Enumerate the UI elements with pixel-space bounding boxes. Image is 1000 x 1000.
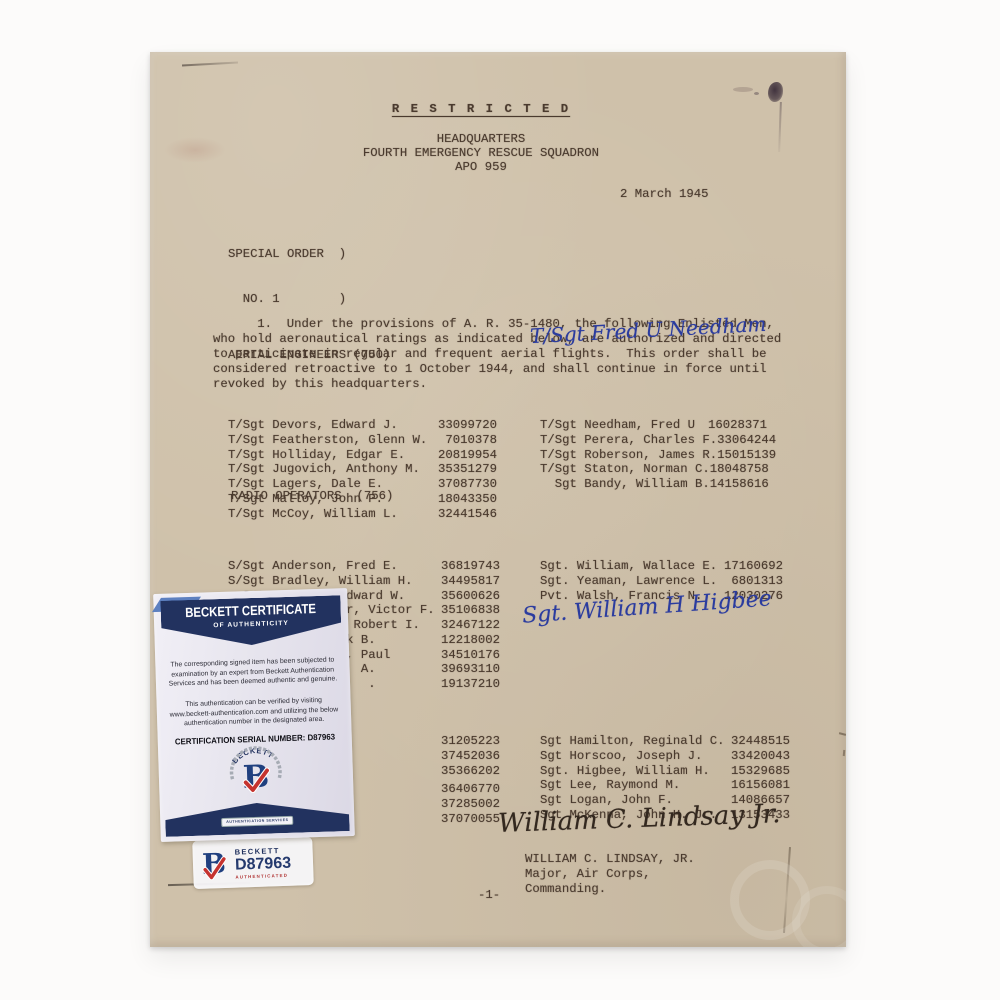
roster-row: Sgt Hamilton, Reginald C.32448515 xyxy=(540,734,790,749)
edge-tick-mark xyxy=(843,750,846,756)
beckett-authenticated-sticker: B BECKETT D87963 AUTHENTICATED xyxy=(192,837,314,889)
roster-serial: 33064244 xyxy=(717,433,776,448)
roster-serial: 16156081 xyxy=(731,778,790,793)
roster-row: T/Sgt Perera, Charles F.33064244 xyxy=(540,433,767,448)
unit-line: FOURTH EMERGENCY RESCUE SQUADRON xyxy=(150,146,829,161)
page-number: -1- xyxy=(478,888,500,903)
roster-row: Sgt. Yeaman, Lawrence L.6801313 xyxy=(540,574,783,589)
roster-serial: 37452036 xyxy=(441,749,500,764)
roster-row: Sgt Lee, Raymond M.16156081 xyxy=(540,778,790,793)
signature-typed-title: Major, Air Corps, xyxy=(525,867,650,882)
roster-name: Sgt. Yeaman, Lawrence L. xyxy=(540,574,717,589)
roster-name: S/Sgt Bradley, William H. xyxy=(228,574,412,589)
roster-name: T/Sgt Needham, Fred U xyxy=(540,418,695,433)
document-date: 2 March 1945 xyxy=(620,187,709,202)
certificate-serial-text: CERTIFICATION SERIAL NUMBER: D87963 xyxy=(175,732,335,745)
roster-row: T/Sgt Holliday, Edgar E.20819954 xyxy=(228,448,497,463)
roster-aerial-right: T/Sgt Needham, Fred U16028371T/Sgt Perer… xyxy=(540,373,767,492)
roster-serial: 36819743 xyxy=(441,559,500,574)
roster-serial: 37087730 xyxy=(438,477,497,492)
roster-serial: 20819954 xyxy=(438,448,497,463)
roster-serial: 36406770 xyxy=(441,782,500,797)
roster-serial: 16028371 xyxy=(708,418,767,433)
watermark-ghost xyxy=(792,886,846,947)
roster-row: T/Sgt Devors, Edward J.33099720 xyxy=(228,418,497,433)
certificate-body-1: The corresponding signed item has been s… xyxy=(164,655,341,689)
roster-name: Sgt Horscoo, Joseph J. xyxy=(540,749,702,764)
roster-name: T/Sgt Staton, Norman C. xyxy=(540,462,710,477)
roster-row: Sgt Horscoo, Joseph J.33420043 xyxy=(540,749,790,764)
section-title-aerial-engineers: AERIAL ENGINEERS (750) xyxy=(228,348,390,363)
roster-serial: 7010378 xyxy=(445,433,497,448)
roster-serial: 39693110 xyxy=(441,662,500,677)
roster-serial: 37285002 xyxy=(441,797,500,812)
roster-name: S/Sgt Anderson, Fred E. xyxy=(228,559,398,574)
roster-row: T/Sgt Staton, Norman C.18048758 xyxy=(540,462,767,477)
signature-typed-name: WILLIAM C. LINDSAY, JR. xyxy=(525,852,695,867)
roster-name: T/Sgt Featherston, Glenn W. xyxy=(228,433,427,448)
roster-name: Sgt Bandy, William B. xyxy=(540,477,710,492)
photo-background: R E S T R I C T E D HEADQUARTERS FOURTH … xyxy=(0,0,1000,1000)
roster-row: T/Sgt Roberson, James R.15015139 xyxy=(540,448,767,463)
certificate-header-banner: BECKETT CERTIFICATE OF AUTHENTICITY xyxy=(160,595,341,648)
roster-serial: 15015139 xyxy=(717,448,776,463)
roster-row: T/Sgt Featherston, Glenn W.7010378 xyxy=(228,433,497,448)
certificate-title: BECKETT CERTIFICATE xyxy=(185,596,316,620)
roster-name: Sgt. Higbee, William H. xyxy=(540,764,710,779)
roster-row: T/Sgt Jugovich, Anthony M.35351279 xyxy=(228,462,497,477)
roster-serial: 17160692 xyxy=(724,559,783,574)
roster-row: T/Sgt Needham, Fred U16028371 xyxy=(540,418,767,433)
ink-blot xyxy=(768,82,783,102)
roster-name: T/Sgt Perera, Charles F. xyxy=(540,433,717,448)
roster-row: Sgt Bandy, William B.14158616 xyxy=(540,477,767,492)
edge-tick-mark xyxy=(839,732,846,736)
roster-serial: 35351279 xyxy=(438,462,497,477)
roster-name: Sgt. William, Wallace E. xyxy=(540,559,717,574)
roster-serial: 34510176 xyxy=(441,648,500,663)
mini-serial: D87963 xyxy=(235,855,292,875)
scratch-mark xyxy=(783,847,791,933)
special-order-line: SPECIAL ORDER ) xyxy=(228,247,346,262)
roster-serial: 35106838 xyxy=(441,603,500,618)
headquarters-line: HEADQUARTERS xyxy=(150,132,829,147)
roster-name: T/Sgt Devors, Edward J. xyxy=(228,418,398,433)
certificate-subtitle: OF AUTHENTICITY xyxy=(161,619,341,631)
roster-serial: 31205223 xyxy=(441,734,500,749)
roster-name: Sgt Lee, Raymond M. xyxy=(540,778,680,793)
classification-banner: R E S T R I C T E D xyxy=(150,102,829,117)
certificate-body-2: This authentication can be verified by v… xyxy=(166,695,343,729)
pencil-mark xyxy=(182,62,238,67)
beckett-logo-icon: BECKETT B xyxy=(212,743,300,798)
ink-dot xyxy=(754,92,759,95)
mini-sticker-text: BECKETT D87963 AUTHENTICATED xyxy=(234,846,291,880)
roster-serial: 14158616 xyxy=(710,477,769,492)
roster-name: T/Sgt Holliday, Edgar E. xyxy=(228,448,405,463)
roster-row: Sgt. William, Wallace E.17160692 xyxy=(540,559,783,574)
roster-serial: 35600626 xyxy=(441,589,500,604)
roster-serial: 32448515 xyxy=(731,734,790,749)
roster-row: S/Sgt Bradley, William H.34495817 xyxy=(228,574,500,589)
roster-serial: 37070055 xyxy=(441,812,500,827)
roster-name: T/Sgt Roberson, James R. xyxy=(540,448,717,463)
ink-smudge xyxy=(733,87,753,92)
mini-status: AUTHENTICATED xyxy=(235,873,291,880)
roster-serial: 35366202 xyxy=(441,764,500,779)
document-page: R E S T R I C T E D HEADQUARTERS FOURTH … xyxy=(150,52,846,947)
watermark-ghost xyxy=(730,860,810,940)
roster-serial: 33099720 xyxy=(438,418,497,433)
roster-serial: 12218002 xyxy=(441,633,500,648)
roster-row: S/Sgt Anderson, Fred E.36819743 xyxy=(228,559,500,574)
roster-serial: 18043350 xyxy=(438,492,497,507)
beckett-mini-logo-icon: B xyxy=(198,846,229,883)
apo-line: APO 959 xyxy=(150,160,829,175)
roster-serial: 32467122 xyxy=(441,618,500,633)
roster-name: T/Sgt Jugovich, Anthony M. xyxy=(228,462,420,477)
roster-serial: 18048758 xyxy=(710,462,769,477)
section-title-radio-operators: RADIO OPERATORS (756) xyxy=(231,489,393,504)
signature-typed-role: Commanding. xyxy=(525,882,606,897)
beckett-certificate-sticker: BECKETT CERTIFICATE OF AUTHENTICITY The … xyxy=(153,588,355,842)
roster-serial: 34495817 xyxy=(441,574,500,589)
roster-serial: 33420043 xyxy=(731,749,790,764)
roster-serial: 15329685 xyxy=(731,764,790,779)
roster-name: Sgt Hamilton, Reginald C. xyxy=(540,734,724,749)
roster-row: Sgt. Higbee, William H.15329685 xyxy=(540,764,790,779)
